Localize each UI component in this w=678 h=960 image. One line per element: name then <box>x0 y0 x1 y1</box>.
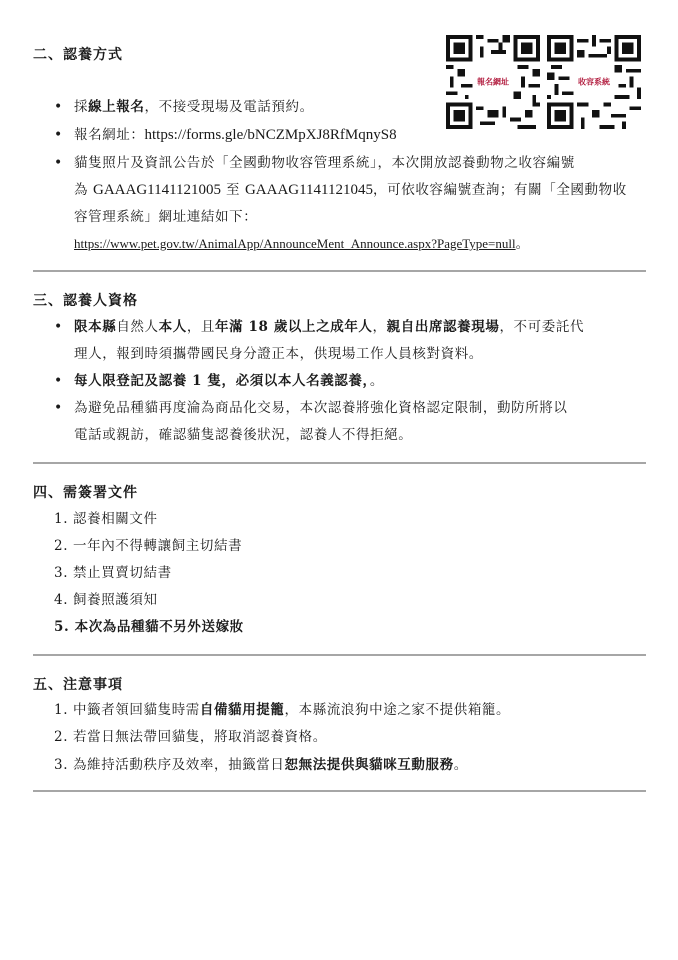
section-heading-documents: 四、需簽署文件 <box>33 482 138 502</box>
qr-label-signup: 報名網址 <box>473 71 513 94</box>
bullet-icon: • <box>54 399 63 417</box>
section-heading-eligibility: 三、認養人資格 <box>33 290 138 310</box>
item-text: 禁止買賣切結書 <box>73 565 172 581</box>
text: ，不接受現場及電話預約。 <box>145 99 314 115</box>
qr-code-shelter-system: 收容系統 <box>547 35 641 129</box>
text-line: 容管理系統」網址連結如下： <box>74 208 627 226</box>
qr-code-signup: 報名網址 <box>446 35 540 129</box>
text-line: 限本縣自然人本人，且年滿 18 歲以上之成年人，親自出席認養現場，不可委託代 <box>74 318 584 336</box>
documents-item-1: 1. 認養相關文件 <box>54 510 158 528</box>
item-number: 2. <box>54 729 68 745</box>
bold-text: 每人限登記及認養 1 隻，必須以本人名義認養， <box>74 373 370 389</box>
item-text: 飼養照護須知 <box>73 592 158 608</box>
signup-url-link[interactable]: https://forms.gle/bNCZMpXJ8RfMqnyS8 <box>145 127 397 143</box>
eligibility-bullet-2: • 每人限登記及認養 1 隻，必須以本人名義認養，。 <box>74 372 384 390</box>
notes-item-3: 3. 為維持活動秩序及效率，抽籤當日恕無法提供與貓咪互動服務。 <box>54 756 468 774</box>
text-line: 貓隻照片及資訊公告於「全國動物收容管理系統」，本次開放認養動物之收容編號 <box>74 154 627 172</box>
item-number: 1. <box>54 511 68 527</box>
eligibility-bullet-3: • 為避免品種貓再度淪為商品化交易，本次認養將強化資格認定限制，動防所將以 電話… <box>74 399 568 444</box>
item-number: 3. <box>54 757 68 773</box>
divider <box>33 654 646 656</box>
text: 。 <box>516 236 530 252</box>
section-heading-notes: 五、注意事項 <box>33 674 123 694</box>
text: 採 <box>74 99 88 115</box>
documents-item-2: 2. 一年內不得轉讓飼主切結書 <box>54 537 242 555</box>
text-line: 為 GAAAG1141121005 至 GAAAG1141121045，可依收容… <box>74 181 627 199</box>
notes-item-2: 2. 若當日無法帶回貓隻，將取消認養資格。 <box>54 728 327 746</box>
divider <box>33 790 646 792</box>
qr-label-shelter-system: 收容系統 <box>574 71 614 94</box>
text-line: 為避免品種貓再度淪為商品化交易，本次認養將強化資格認定限制，動防所將以 <box>74 399 568 417</box>
text: 。 <box>370 373 384 389</box>
bullet-icon: • <box>54 318 63 336</box>
bullet-icon: • <box>54 154 63 172</box>
bullet-icon: • <box>54 98 63 116</box>
item-text: 一年內不得轉讓飼主切結書 <box>73 538 242 554</box>
bold-text: 線上報名 <box>88 99 144 115</box>
divider <box>33 462 646 464</box>
documents-item-5: 5. 本次為品種貓不另外送嫁妝 <box>54 618 244 636</box>
text-line: 理人，報到時須攜帶國民身分證正本，供現場工作人員核對資料。 <box>74 345 584 363</box>
notes-item-1: 1. 中籤者領回貓隻時需自備貓用提籠，本縣流浪狗中途之家不提供箱籠。 <box>54 701 510 719</box>
item-number: 4. <box>54 592 68 608</box>
divider <box>33 270 646 272</box>
documents-item-3: 3. 禁止買賣切結書 <box>54 564 172 582</box>
method-bullet-2: • 報名網址：https://forms.gle/bNCZMpXJ8RfMqny… <box>74 126 397 144</box>
item-text: 認養相關文件 <box>73 511 158 527</box>
item-number: 3. <box>54 565 68 581</box>
method-bullet-3: • 貓隻照片及資訊公告於「全國動物收容管理系統」，本次開放認養動物之收容編號 為… <box>74 154 627 253</box>
bullet-icon: • <box>54 372 63 390</box>
section-heading-method: 二、認養方式 <box>33 44 123 64</box>
item-number: 1. <box>54 702 68 718</box>
item-text: 本次為品種貓不另外送嫁妝 <box>75 619 244 635</box>
documents-item-4: 4. 飼養照護須知 <box>54 591 158 609</box>
label: 報名網址： <box>74 127 145 143</box>
item-number: 5. <box>54 619 69 635</box>
method-bullet-1: • 採線上報名，不接受現場及電話預約。 <box>74 98 314 116</box>
eligibility-bullet-1: • 限本縣自然人本人，且年滿 18 歲以上之成年人，親自出席認養現場，不可委託代… <box>74 318 584 363</box>
shelter-system-url-link[interactable]: https://www.pet.gov.tw/AnimalApp/Announc… <box>74 236 516 251</box>
item-number: 2. <box>54 538 68 554</box>
bullet-icon: • <box>54 126 63 144</box>
text-line: 電話或親訪，確認貓隻認養後狀況，認養人不得拒絕。 <box>74 426 568 444</box>
